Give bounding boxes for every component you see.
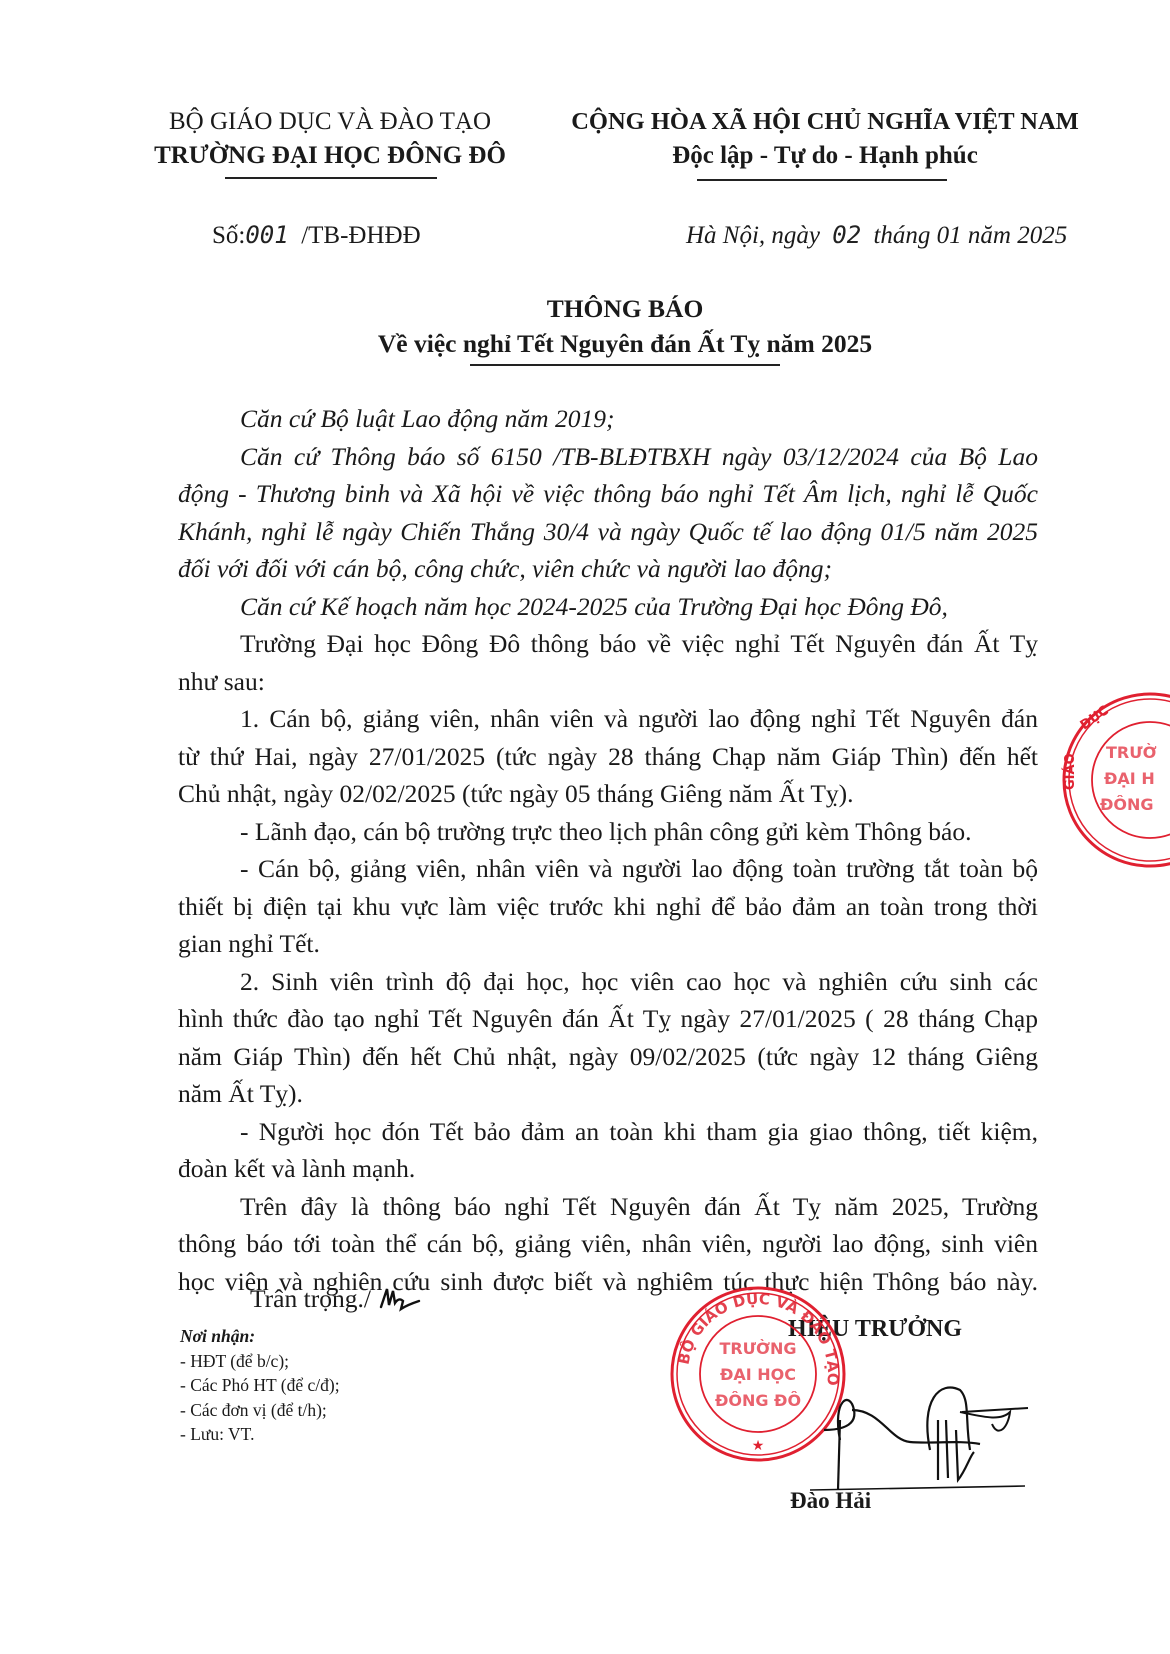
body-line: đối với đối với cán bộ, công chức, viên … <box>178 550 832 588</box>
body-line: Khánh, nghỉ lễ ngày Chiến Thắng 30/4 và … <box>178 513 1038 551</box>
svg-text:DỤC: DỤC <box>1078 703 1112 733</box>
body-line: - Lãnh đạo, cán bộ trường trực theo lịch… <box>240 813 971 851</box>
recipients-heading: Nơi nhận: <box>180 1324 340 1349</box>
body-line: Căn cứ Kế hoạch năm học 2024-2025 của Tr… <box>240 588 948 626</box>
body-line: đoàn kết và lành mạnh. <box>178 1150 415 1188</box>
document-title: THÔNG BÁO <box>0 292 1170 326</box>
motto: Độc lập - Tự do - Hạnh phúc <box>555 139 1095 173</box>
svg-text:TRƯỜ: TRƯỜ <box>1106 743 1157 762</box>
svg-text:★: ★ <box>752 1438 765 1454</box>
body-line: từ thứ Hai, ngày 27/01/2025 (tức ngày 28… <box>178 738 1038 776</box>
recipient-item: - HĐT (để b/c); <box>180 1349 340 1374</box>
date-day: 02 <box>826 221 867 249</box>
date-prefix: Hà Nội, ngày <box>686 222 820 249</box>
so-suffix: /TB-ĐHĐĐ <box>301 222 420 249</box>
body-line: động - Thương binh và Xã hội về việc thô… <box>178 475 1038 513</box>
svg-text:ĐẠI H: ĐẠI H <box>1104 769 1155 788</box>
header-right-underline <box>697 179 947 181</box>
header-left-underline <box>225 177 437 179</box>
recipients: Nơi nhận: - HĐT (để b/c); - Các Phó HT (… <box>180 1324 340 1447</box>
body-line: thiết bị điện tại khu vực làm việc trước… <box>178 888 1038 926</box>
initials-signature-icon <box>377 1283 423 1313</box>
closing-text: Trân trọng./ <box>250 1284 371 1313</box>
body-line: - Cán bộ, giảng viên, nhân viên và người… <box>240 850 1038 888</box>
closing: Trân trọng./ <box>250 1280 423 1318</box>
recipient-item: - Lưu: VT. <box>180 1422 340 1447</box>
body-line: năm Giáp Thìn) đến hết Chủ nhật, ngày 09… <box>178 1038 1038 1076</box>
body-line: thông báo tới toàn thể cán bộ, giảng viê… <box>178 1225 1038 1263</box>
body-line: Trên đây là thông báo nghỉ Tết Nguyên đá… <box>240 1188 1038 1226</box>
so-number: 001 <box>245 221 288 249</box>
recipient-item: - Các đơn vị (để t/h); <box>180 1398 340 1423</box>
date-suffix: tháng 01 năm 2025 <box>873 222 1067 249</box>
body-line: Trường Đại học Đông Đô thông báo về việc… <box>240 625 1038 663</box>
edge-stamp-icon: DỤC GIÁO TRƯỜ ĐẠI H ĐÔNG <box>1060 690 1170 870</box>
body-line: như sau: <box>178 663 265 701</box>
ministry-name: BỘ GIÁO DỤC VÀ ĐÀO TẠO <box>130 105 530 139</box>
document-subtitle: Về việc nghỉ Tết Nguyên đán Ất Tỵ năm 20… <box>0 327 1170 361</box>
so-prefix: Số: <box>212 222 245 249</box>
body-line: Chủ nhật, ngày 02/02/2025 (tức ngày 05 t… <box>178 775 854 813</box>
svg-text:ĐÔNG: ĐÔNG <box>1100 795 1154 814</box>
document-number: Số:001 /TB-ĐHĐĐ <box>212 218 421 253</box>
body-line: gian nghỉ Tết. <box>178 925 320 963</box>
body-line: 1. Cán bộ, giảng viên, nhân viên và ngườ… <box>240 700 1038 738</box>
body-line: năm Ất Tỵ). <box>178 1075 303 1113</box>
recipient-item: - Các Phó HT (để c/đ); <box>180 1373 340 1398</box>
body-line: 2. Sinh viên trình độ đại học, học viên … <box>240 963 1038 1001</box>
handwritten-signature-icon <box>770 1360 1030 1500</box>
body-line: hình thức đào tạo nghỉ Tết Nguyên đán Ất… <box>178 1000 1038 1038</box>
school-name: TRƯỜNG ĐẠI HỌC ĐÔNG ĐÔ <box>130 139 530 173</box>
country-name: CỘNG HÒA XÃ HỘI CHỦ NGHĨA VIỆT NAM <box>555 105 1095 139</box>
document-date: Hà Nội, ngày 02 tháng 01 năm 2025 <box>686 218 1067 253</box>
title-underline <box>470 364 780 366</box>
svg-text:GIÁO: GIÁO <box>1062 753 1078 790</box>
body-line: - Người học đón Tết bảo đảm an toàn khi … <box>240 1113 1038 1151</box>
body-line: Căn cứ Bộ luật Lao động năm 2019; <box>240 400 614 438</box>
svg-text:TRƯỜNG: TRƯỜNG <box>719 1339 796 1358</box>
signer-name: Đào Hải <box>790 1484 871 1518</box>
body-line: Căn cứ Thông báo số 6150 /TB-BLĐTBXH ngà… <box>240 438 1038 476</box>
